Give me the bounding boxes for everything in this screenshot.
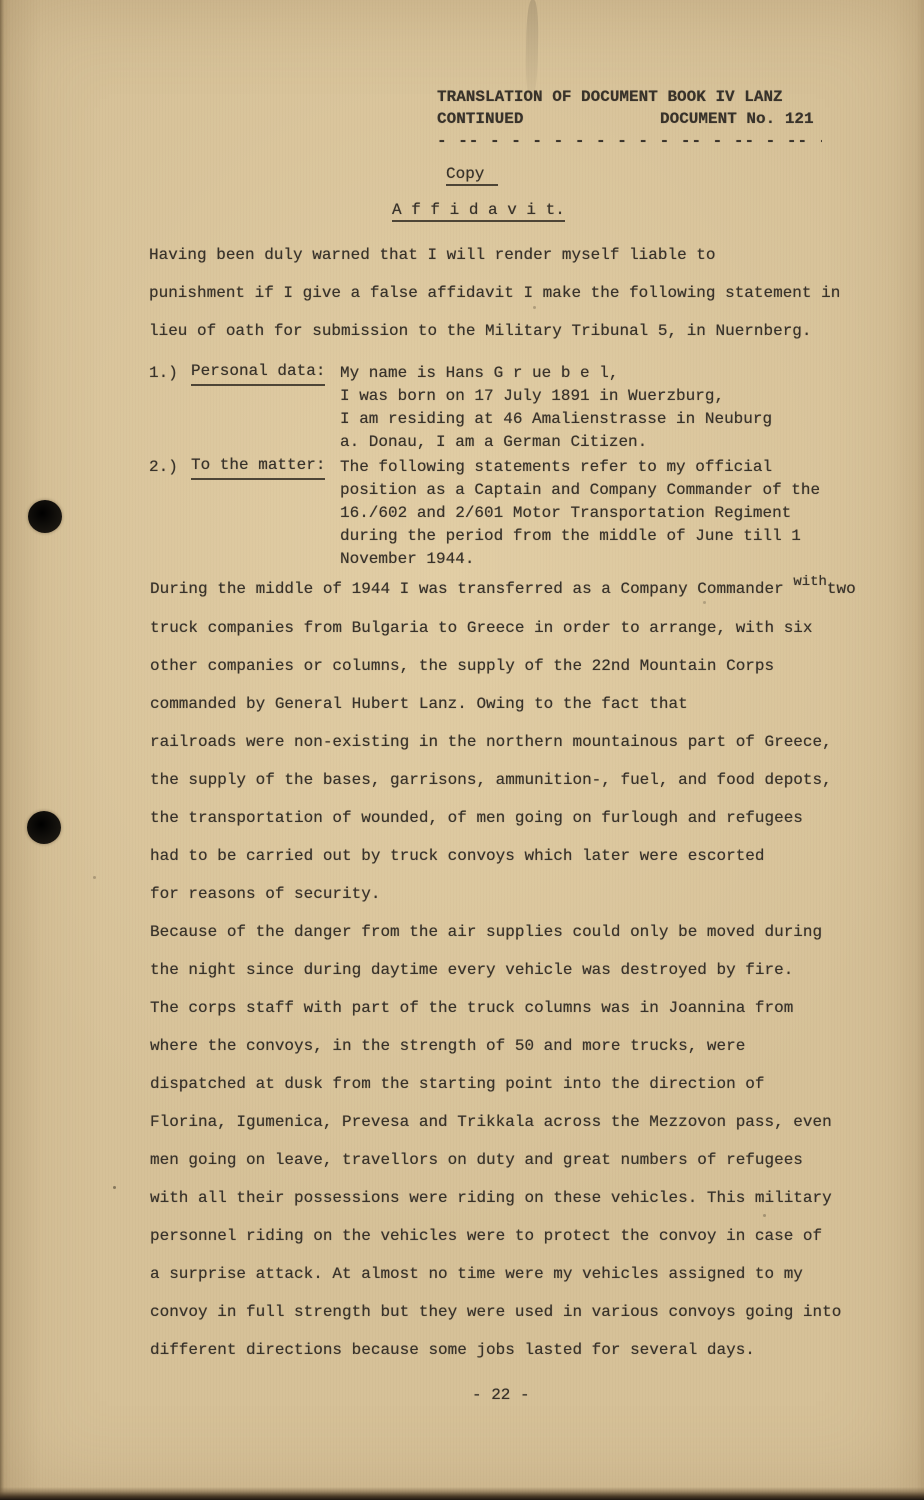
body-line-text: two: [827, 580, 856, 598]
affidavit-heading-text: A f f i d a v i t.: [392, 201, 565, 222]
numbered-item-to-the-matter: 2.) To the matter: The following stateme…: [149, 456, 889, 571]
item-label: To the matter:: [191, 454, 325, 480]
intro-paragraph: Having been duly warned that I will rend…: [149, 236, 889, 350]
body-line: had to be carried out by truck convoys w…: [150, 837, 890, 875]
body-line: the transportation of wounded, of men go…: [150, 799, 890, 837]
body-line: During the middle of 1944 I was transfer…: [150, 570, 890, 609]
header-continued-label: CONTINUED: [437, 110, 523, 128]
numbered-item-personal-data: 1.) Personal data: My name is Hans G r u…: [149, 362, 889, 454]
item-line: position as a Captain and Company Comman…: [340, 479, 889, 502]
body-line: different directions because some jobs l…: [150, 1331, 890, 1369]
item-line: a. Donau, I am a German Citizen.: [340, 431, 889, 454]
copy-heading: Copy: [446, 165, 498, 186]
item-line: November 1944.: [340, 548, 889, 571]
item-number: 2.): [149, 456, 178, 479]
superscript-correction: with: [793, 574, 827, 590]
body-line: dispatched at dusk from the starting poi…: [150, 1065, 890, 1103]
body-line-text: During the middle of 1944 I was transfer…: [150, 580, 793, 598]
item-line: The following statements refer to my off…: [340, 456, 889, 479]
body-line: with all their possessions were riding o…: [150, 1179, 890, 1217]
header-divider-dashes: - -- - - - - - - - - - -- - -- - -- - - …: [437, 130, 822, 152]
body-line: truck companies from Bulgaria to Greece …: [150, 609, 890, 647]
body-line: convoy in full strength but they were us…: [150, 1293, 890, 1331]
intro-line: Having been duly warned that I will rend…: [149, 236, 889, 274]
header-second-line: CONTINUED DOCUMENT No. 121: [437, 108, 857, 130]
body-line: Florina, Igumenica, Prevesa and Trikkala…: [150, 1103, 890, 1141]
item-line: 16./602 and 2/601 Motor Transportation R…: [340, 502, 889, 525]
punch-hole-bottom: [27, 811, 61, 844]
item-label: Personal data:: [191, 360, 325, 386]
body-line: other companies or columns, the supply o…: [150, 647, 890, 685]
item-line: My name is Hans G r ue b e l,: [340, 362, 889, 385]
affidavit-heading: A f f i d a v i t.: [392, 201, 565, 222]
page-bottom-edge-shadow: [0, 1487, 924, 1500]
document-page: TRANSLATION OF DOCUMENT BOOK IV LANZ CON…: [0, 0, 924, 1500]
body-line: Because of the danger from the air suppl…: [150, 913, 890, 951]
copy-heading-text: Copy: [446, 165, 498, 186]
item-line: I was born on 17 July 1891 in Wuerzburg,: [340, 385, 889, 408]
body-line: where the convoys, in the strength of 50…: [150, 1027, 890, 1065]
body-line: personnel riding on the vehicles were to…: [150, 1217, 890, 1255]
header-title-line: TRANSLATION OF DOCUMENT BOOK IV LANZ: [437, 86, 857, 108]
intro-line: lieu of oath for submission to the Milit…: [149, 312, 889, 350]
body-paragraphs: During the middle of 1944 I was transfer…: [150, 570, 890, 1369]
intro-line: punishment if I give a false affidavit I…: [149, 274, 889, 312]
body-line: a surprise attack. At almost no time wer…: [150, 1255, 890, 1293]
scan-smudge: [525, 0, 539, 96]
item-lines: The following statements refer to my off…: [340, 456, 889, 571]
item-lines: My name is Hans G r ue b e l, I was born…: [340, 362, 889, 454]
item-line: I am residing at 46 Amalienstrasse in Ne…: [340, 408, 889, 431]
item-number: 1.): [149, 362, 178, 385]
punch-hole-top: [28, 500, 62, 533]
page-number: - 22 -: [472, 1386, 530, 1404]
body-line: railroads were non-existing in the north…: [150, 723, 890, 761]
body-line: the night since during daytime every veh…: [150, 951, 890, 989]
body-line: the supply of the bases, garrisons, ammu…: [150, 761, 890, 799]
item-line: during the period from the middle of Jun…: [340, 525, 889, 548]
body-line: The corps staff with part of the truck c…: [150, 989, 890, 1027]
document-header: TRANSLATION OF DOCUMENT BOOK IV LANZ CON…: [437, 86, 857, 152]
header-document-number: DOCUMENT No. 121: [660, 108, 814, 130]
page-left-edge-shadow: [0, 0, 4, 1500]
body-line: commanded by General Hubert Lanz. Owing …: [150, 685, 890, 723]
body-line: for reasons of security.: [150, 875, 890, 913]
body-line: men going on leave, travellors on duty a…: [150, 1141, 890, 1179]
paper-specks: [113, 1186, 116, 1189]
